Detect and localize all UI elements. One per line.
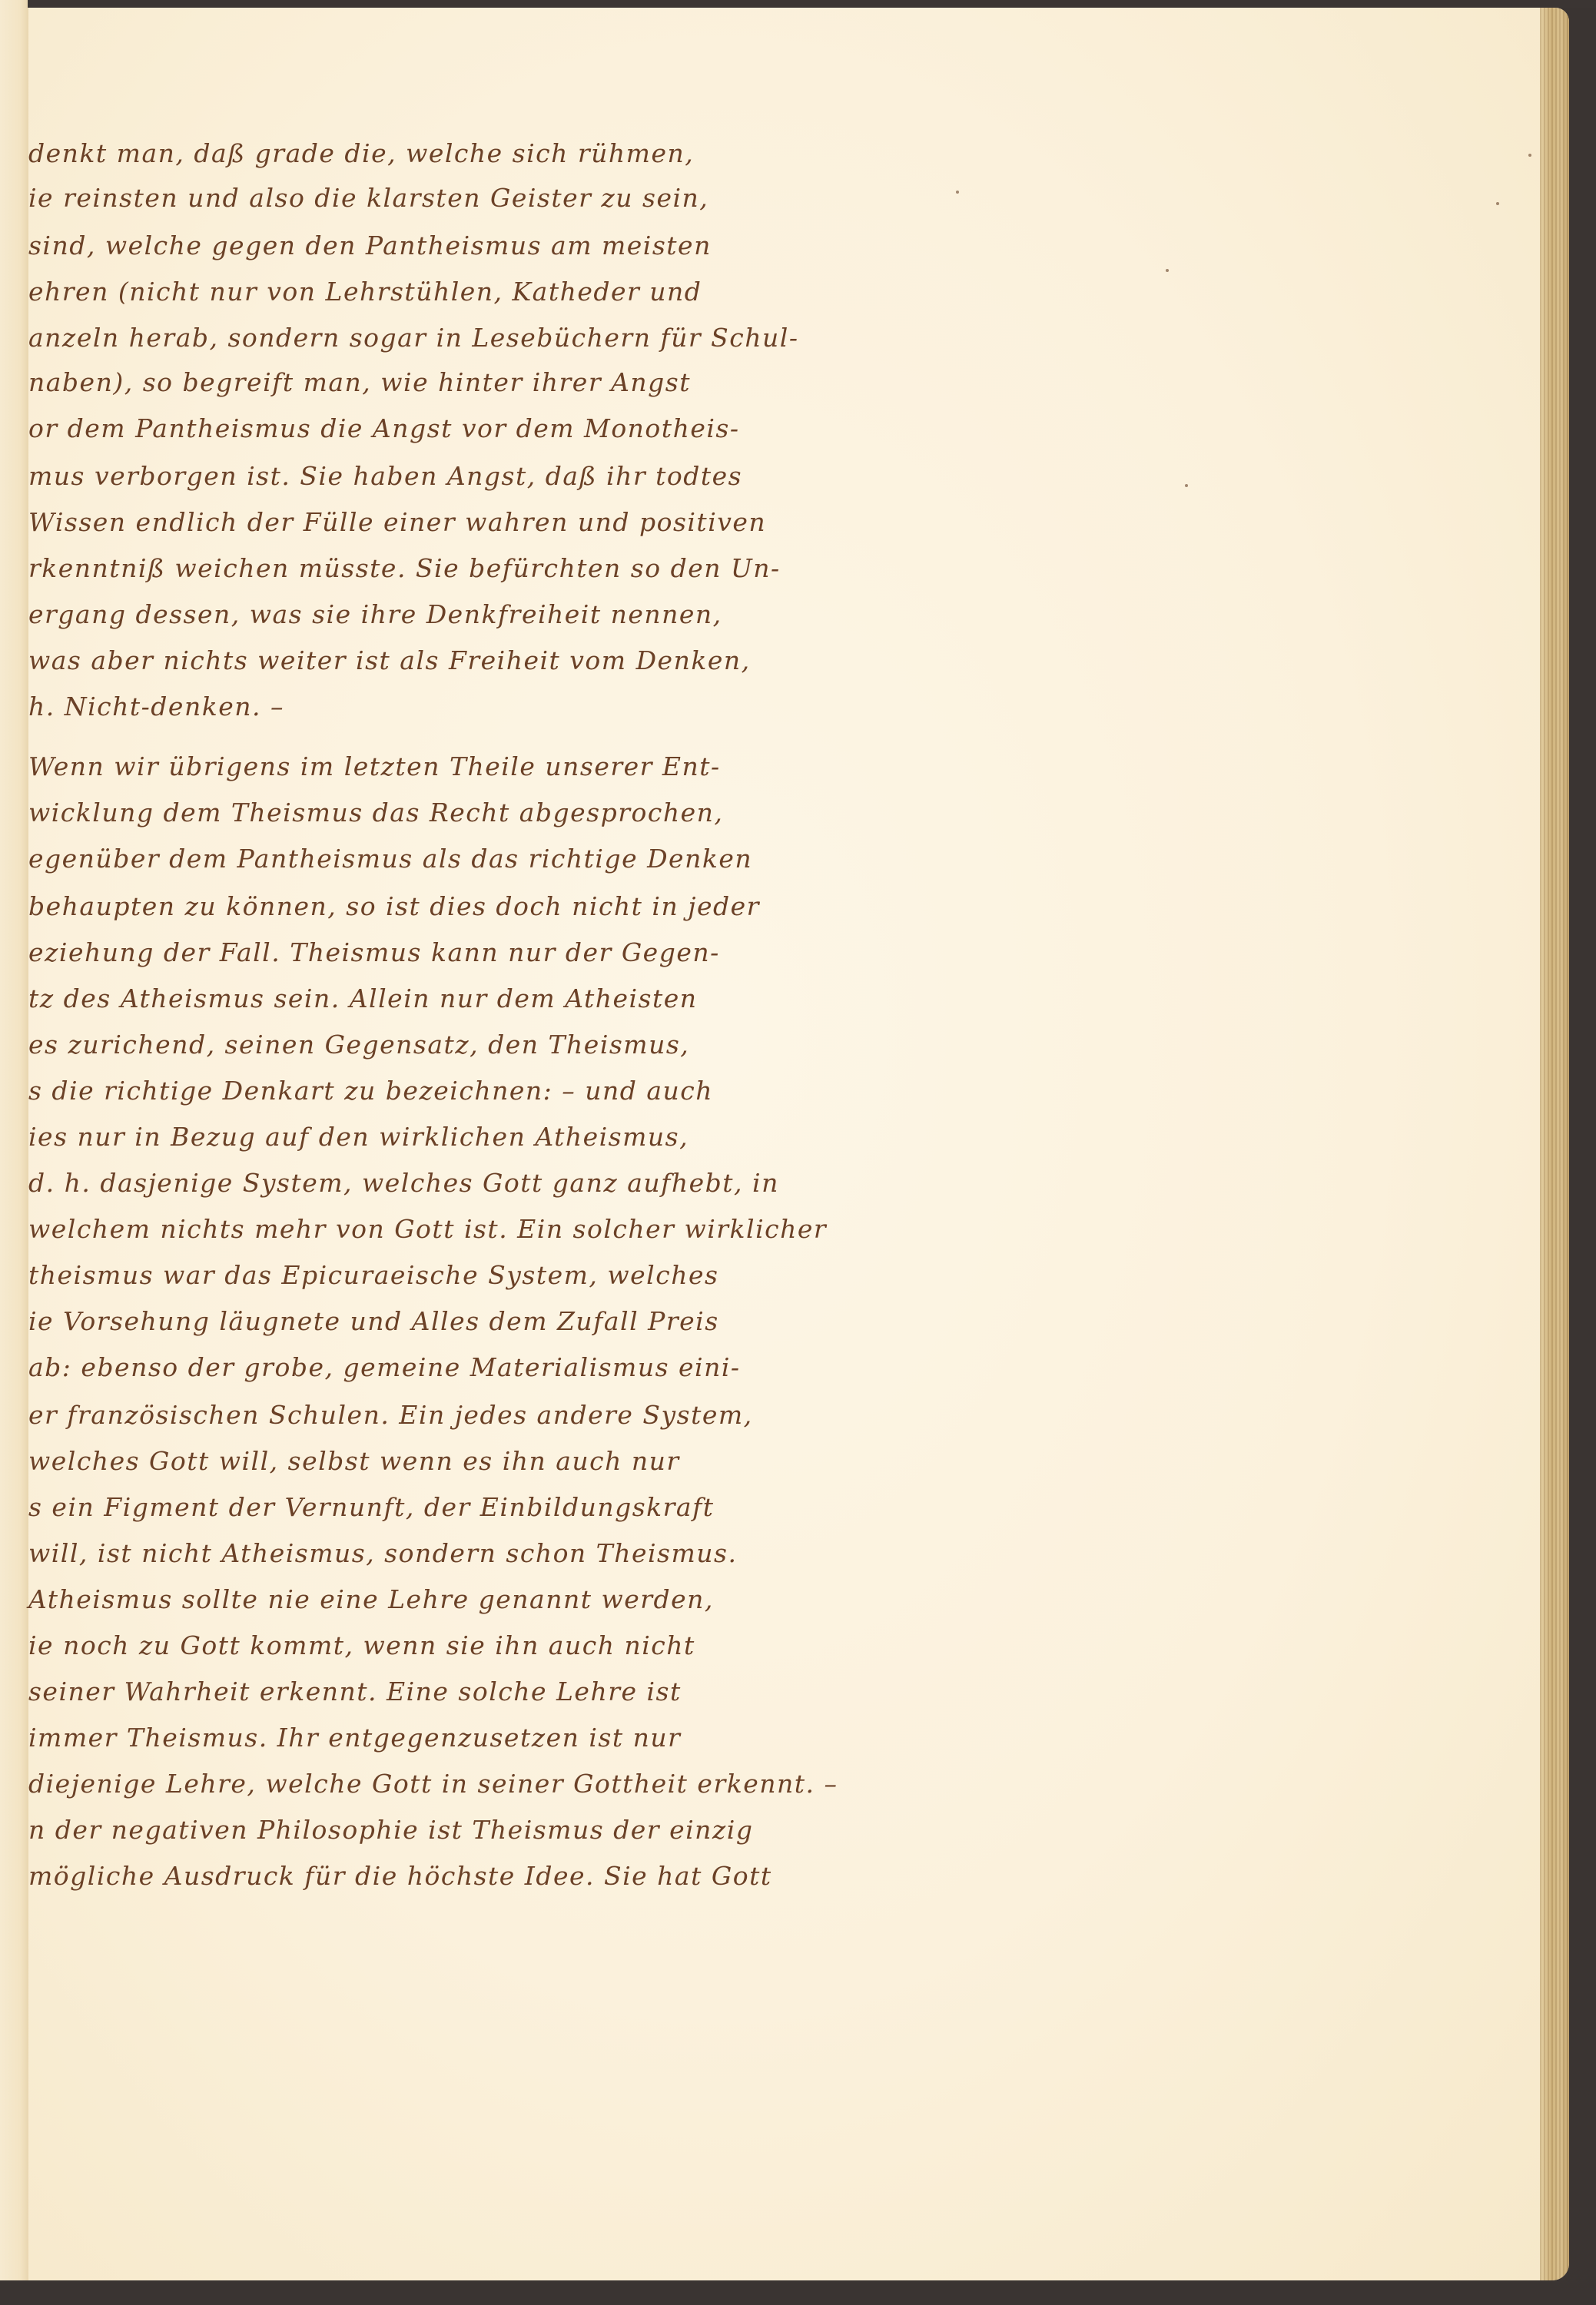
text-line: theismus war das Epicuraeische System, w…: [28, 1260, 718, 1290]
text-line: ie Vorsehung läugnete und Alles dem Zufa…: [28, 1306, 719, 1336]
text-line: s die richtige Denkart zu bezeichnen: – …: [28, 1076, 713, 1106]
text-line: naben), so begreift man, wie hinter ihre…: [28, 367, 691, 397]
scan-background-top: [28, 0, 1596, 8]
text-line: ehren (nicht nur von Lehrstühlen, Kathed…: [28, 277, 702, 307]
text-line: immer Theismus. Ihr entgegenzusetzen ist…: [28, 1723, 681, 1753]
text-line: Wissen endlich der Fülle einer wahren un…: [28, 507, 766, 537]
text-line: wicklung dem Theismus das Recht abgespro…: [28, 798, 723, 827]
text-line: seiner Wahrheit erkennt. Eine solche Leh…: [28, 1677, 682, 1706]
text-line: Atheismus sollte nie eine Lehre genannt …: [28, 1584, 714, 1614]
text-line: behaupten zu können, so ist dies doch ni…: [28, 891, 760, 921]
text-line: ergang dessen, was sie ihre Denkfreiheit…: [28, 599, 722, 629]
text-line: mus verborgen ist. Sie haben Angst, daß …: [28, 461, 742, 491]
paper-speck: [1185, 484, 1188, 487]
text-line: n der negativen Philosophie ist Theismus…: [28, 1815, 753, 1845]
text-line: denkt man, daß grade die, welche sich rü…: [28, 138, 694, 168]
text-line: es zurichend, seinen Gegensatz, den Thei…: [28, 1030, 689, 1060]
text-line: or dem Pantheismus die Angst vor dem Mon…: [28, 413, 740, 443]
text-line: ie noch zu Gott kommt, wenn sie ihn auch…: [28, 1630, 695, 1660]
text-line: Wenn wir übrigens im letzten Theile unse…: [28, 751, 721, 781]
text-line: anzeln herab, sondern sogar in Lesebüche…: [28, 323, 798, 353]
text-line: ie reinsten und also die klarsten Geiste…: [28, 183, 708, 213]
page-fore-edge: [1540, 8, 1569, 2280]
handwritten-text-block: denkt man, daß grade die, welche sich rü…: [28, 8, 835, 2280]
text-line: sind, welche gegen den Pantheismus am me…: [28, 230, 712, 260]
adjacent-page-edge: [0, 0, 28, 2280]
text-line: tz des Atheismus sein. Allein nur dem At…: [28, 983, 698, 1013]
text-line: h. Nicht-denken. –: [28, 691, 284, 721]
paper-speck: [1528, 154, 1531, 157]
text-line: d. h. dasjenige System, welches Gott gan…: [28, 1168, 779, 1198]
scan-background-bottom: [0, 2280, 1596, 2305]
text-line: s ein Figment der Vernunft, der Einbildu…: [28, 1492, 715, 1522]
text-line: diejenige Lehre, welche Gott in seiner G…: [28, 1769, 838, 1799]
manuscript-page: denkt man, daß grade die, welche sich rü…: [28, 8, 1569, 2280]
text-line: egenüber dem Pantheismus als das richtig…: [28, 844, 752, 874]
text-line: was aber nichts weiter ist als Freiheit …: [28, 645, 751, 675]
text-line: welchem nichts mehr von Gott ist. Ein so…: [28, 1214, 827, 1244]
paper-speck: [1166, 269, 1169, 272]
text-line: mögliche Ausdruck für die höchste Idee. …: [28, 1861, 772, 1891]
text-line: eziehung der Fall. Theismus kann nur der…: [28, 937, 720, 967]
text-line: ies nur in Bezug auf den wirklichen Athe…: [28, 1122, 689, 1152]
text-line: ab: ebenso der grobe, gemeine Materialis…: [28, 1352, 741, 1382]
text-line: will, ist nicht Atheismus, sondern schon…: [28, 1538, 737, 1568]
text-line: rkenntniß weichen müsste. Sie befürchten…: [28, 553, 781, 583]
text-line: er französischen Schulen. Ein jedes ande…: [28, 1400, 753, 1430]
paper-speck: [1496, 202, 1499, 205]
paper-speck: [956, 191, 959, 194]
text-line: welches Gott will, selbst wenn es ihn au…: [28, 1446, 680, 1476]
